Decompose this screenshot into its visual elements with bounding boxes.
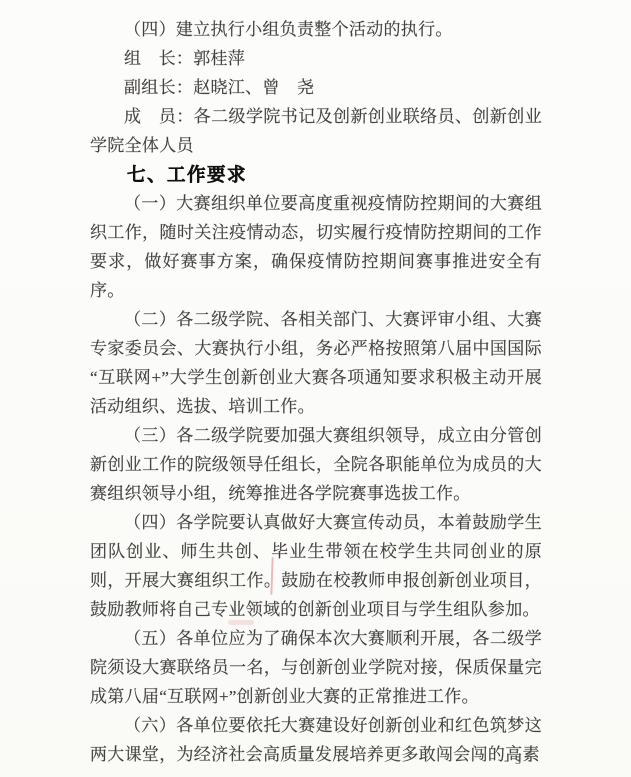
paragraph: （四）各学院要认真做好大赛宣传动员，本着鼓励学生团队创业、师生共创、毕业生带领在… [90,508,542,624]
scan-artifact [228,620,254,625]
paragraph: 成 员：各二级学院书记及创新创业联络员、创新创业学院全体人员 [90,102,542,160]
document-body: （四）建立执行小组负责整个活动的执行。组 长：郭桂萍副组长：赵晓江、曾 尧成 员… [90,15,542,769]
document-page: （四）建立执行小组负责整个活动的执行。组 长：郭桂萍副组长：赵晓江、曾 尧成 员… [0,0,631,777]
paragraph: （二）各二级学院、各相关部门、大赛评审小组、大赛专家委员会、大赛执行小组，务必严… [90,305,542,421]
paragraph: （一）大赛组织单位要高度重视疫情防控期间的大赛组织工作，随时关注疫情动态，切实履… [90,189,542,305]
paragraph: 组 长：郭桂萍 [90,44,542,73]
paragraph: （四）建立执行小组负责整个活动的执行。 [90,15,542,44]
page-number: - 5 - [504,753,534,768]
paragraph: （三）各二级学院要加强大赛组织领导，成立由分管创新创业工作的院级领导任组长，全院… [90,421,542,508]
section-heading: 七、工作要求 [90,160,542,189]
paragraph: （六）各单位要依托大赛建设好创新创业和红色筑梦这两大课堂，为经济社会高质量发展培… [90,711,542,769]
paragraph: （五）各单位应为了确保本次大赛顺利开展，各二级学院须设大赛联络员一名，与创新创业… [90,624,542,711]
paragraph: 副组长：赵晓江、曾 尧 [90,73,542,102]
